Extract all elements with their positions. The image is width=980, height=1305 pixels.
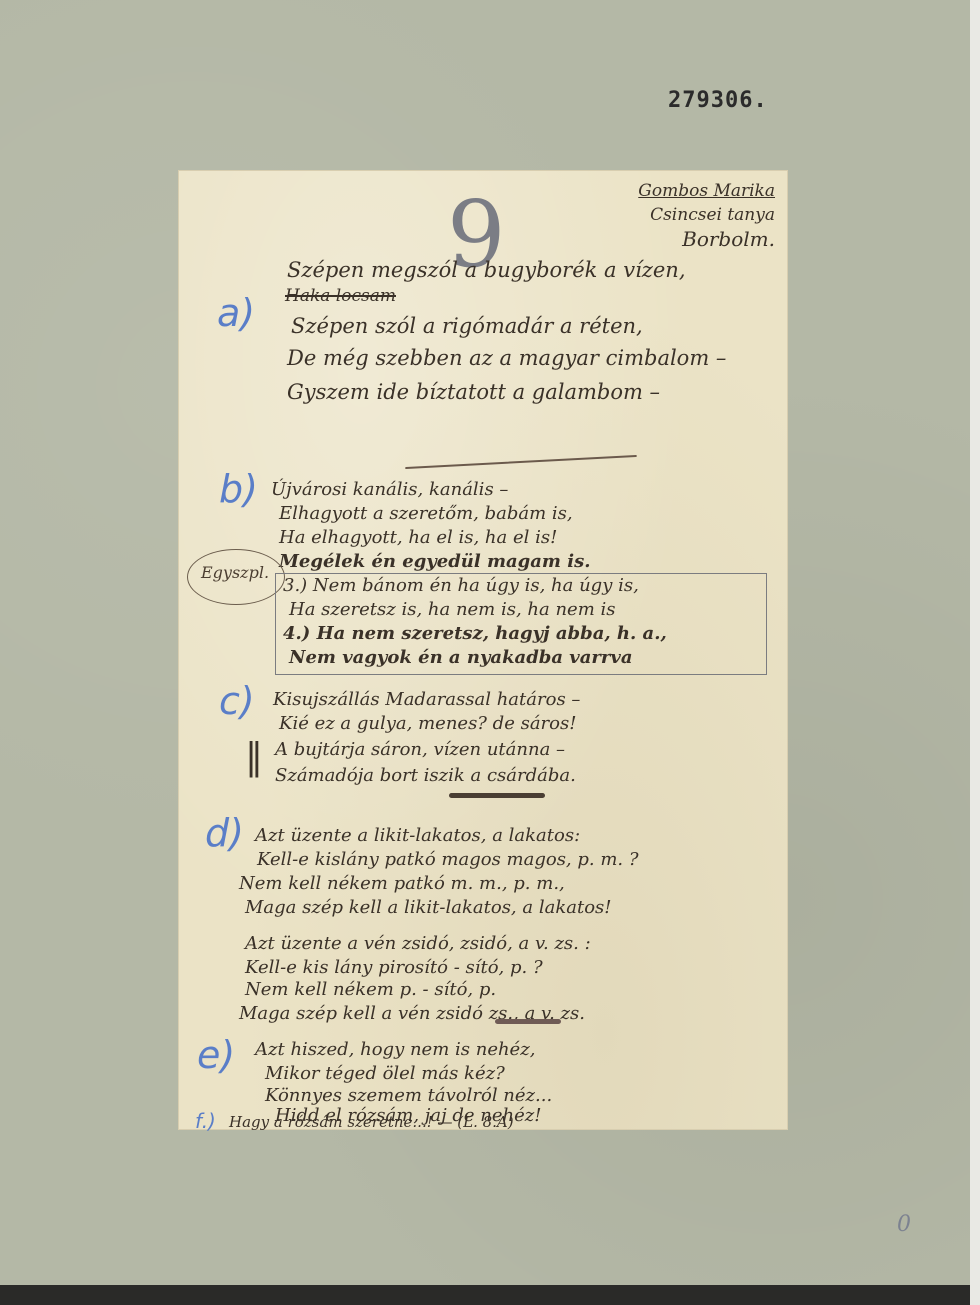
manuscript-sheet: 9 Gombos Marika Csincsei tanya Borbolm. …: [179, 171, 787, 1129]
song-b-box-line-1: 3.) Nem bánom én ha úgy is, ha úgy is,: [283, 573, 639, 599]
song-d-line-7: Nem kell nékem p. - sító, p.: [245, 977, 496, 1003]
section-label-b: b): [219, 467, 258, 511]
song-a-line-3: De még szebben az a magyar cimbalom –: [287, 343, 726, 373]
song-a-line-4: Gyszem ide bíztatott a galambom –: [287, 377, 660, 407]
song-d-line-2: Kell-e kislány patkó magos magos, p. m. …: [257, 847, 639, 873]
inventory-number: 279306.: [668, 88, 768, 113]
place-line: Borbolm.: [638, 227, 775, 251]
struck-text: Haka locsam: [285, 281, 396, 311]
divider-rule: [495, 1019, 561, 1024]
location-line: Csincsei tanya: [638, 203, 775, 227]
song-b-line-4: Megélek én egyedül magam is.: [279, 549, 590, 575]
song-d-line-1: Azt üzente a likit-lakatos, a lakatos:: [255, 823, 580, 849]
scan-edge: [970, 0, 980, 1305]
pencil-corner-mark: 0: [897, 1212, 911, 1237]
section-label-c: c): [219, 679, 255, 723]
informant-name: Gombos Marika: [638, 179, 775, 203]
section-label-a: a): [217, 291, 255, 335]
collector-header: Gombos Marika Csincsei tanya Borbolm.: [638, 179, 775, 251]
song-c-line-1: Kisujszállás Madarassal határos –: [273, 687, 580, 713]
song-a-line-2: Szépen szól a rigómadár a réten,: [291, 311, 643, 341]
section-label-d: d): [205, 811, 244, 855]
grey-mount-board: 279306. 0 9 Gombos Marika Csincsei tanya…: [0, 0, 970, 1285]
song-c-line-3: A bujtárja sáron, vízen utánna –: [275, 737, 565, 763]
divider-rule: [405, 455, 637, 469]
song-b-line-2: Elhagyott a szeretőm, babám is,: [279, 501, 573, 527]
song-b-box-line-3: 4.) Ha nem szeretsz, hagyj abba, h. a.,: [283, 621, 667, 647]
song-e-line-1: Azt hiszed, hogy nem is nehéz,: [255, 1037, 535, 1063]
section-label-e: e): [197, 1033, 235, 1077]
song-c-line-2: Kié ez a gulya, menes? de sáros!: [279, 711, 576, 737]
margin-note: Egyszpl.: [201, 563, 269, 582]
song-d-line-4: Maga szép kell a likit-lakatos, a lakato…: [245, 895, 612, 921]
section-label-f: f.): [195, 1109, 216, 1133]
margin-double-bar-mark: ‖: [245, 737, 263, 778]
song-d-line-3: Nem kell nékem patkó m. m., p. m.,: [239, 871, 565, 897]
song-b-line-1: Újvárosi kanális, kanális –: [271, 477, 508, 503]
song-b-box-line-2: Ha szeretsz is, ha nem is, ha nem is: [289, 597, 616, 623]
song-c-line-4: Számadója bort iszik a csárdába.: [275, 763, 576, 789]
song-b-line-3: Ha elhagyott, ha el is, ha el is!: [279, 525, 557, 551]
song-f-line-1: Hagy a rózsám szeretne...! — (L. 8.A): [229, 1113, 514, 1131]
song-d-line-5: Azt üzente a vén zsidó, zsidó, a v. zs. …: [245, 931, 591, 957]
song-b-box-line-4: Nem vagyok én a nyakadba varrva: [289, 645, 633, 671]
divider-rule: [449, 793, 545, 798]
